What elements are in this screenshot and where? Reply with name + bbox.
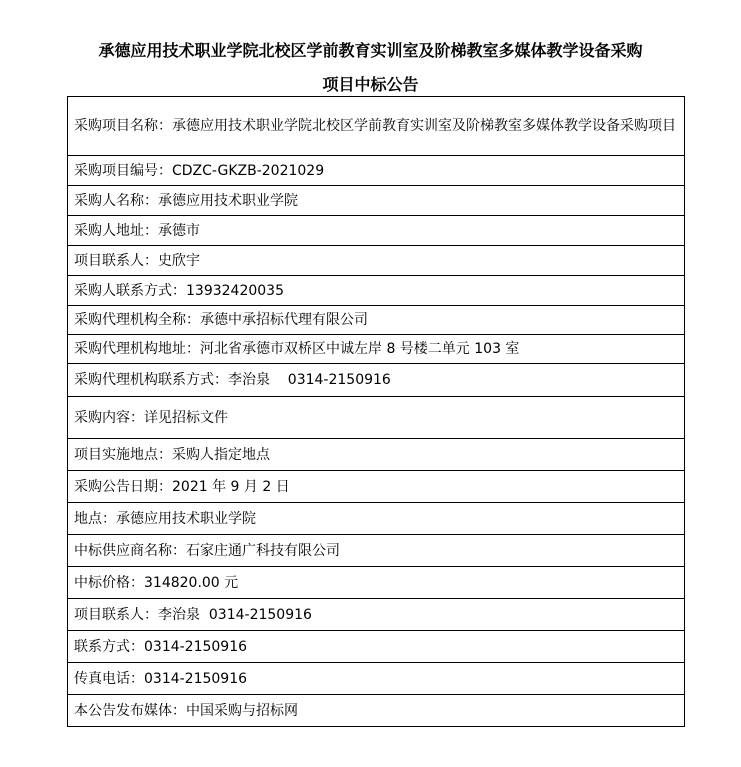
table-cell: 采购项目编号：CDZC-GKZB-2021029	[68, 156, 685, 186]
table-row: 采购项目编号：CDZC-GKZB-2021029	[68, 156, 685, 186]
table-row: 采购代理机构全称：承德中承招标代理有限公司	[68, 306, 685, 335]
table-row: 中标供应商名称：石家庄通广科技有限公司	[68, 535, 685, 567]
table-row: 采购代理机构地址：河北省承德市双桥区中诚左岸 8 号楼二单元 103 室	[68, 335, 685, 364]
field-label: 项目联系人：	[74, 253, 158, 269]
table-row: 地点：承德应用技术职业学院	[68, 503, 685, 535]
table-row: 采购人联系方式：13932420035	[68, 276, 685, 306]
field-value: 13932420035	[186, 283, 284, 299]
table-cell: 采购代理机构地址：河北省承德市双桥区中诚左岸 8 号楼二单元 103 室	[68, 335, 685, 364]
field-label: 采购公告日期：	[74, 479, 172, 495]
table-row: 采购人地址：承德市	[68, 216, 685, 246]
field-label: 采购项目编号：	[74, 163, 172, 179]
field-label: 地点：	[74, 511, 116, 527]
field-value: 0314-2150916	[144, 639, 247, 655]
field-label: 本公告发布媒体：	[74, 703, 186, 719]
table-cell: 采购代理机构联系方式：李治泉 0314-2150916	[68, 364, 685, 397]
field-value: 承德应用技术职业学院	[158, 193, 298, 209]
field-label: 项目实施地点：	[74, 447, 172, 463]
table-cell: 中标供应商名称：石家庄通广科技有限公司	[68, 535, 685, 567]
table-cell: 传真电话：0314-2150916	[68, 663, 685, 695]
table-cell: 地点：承德应用技术职业学院	[68, 503, 685, 535]
field-value: 2021 年 9 月 2 日	[172, 479, 290, 495]
field-label: 中标价格：	[74, 575, 144, 591]
field-value: 史欣宇	[158, 253, 200, 269]
field-label: 采购人地址：	[74, 223, 158, 239]
table-cell: 采购人名称：承德应用技术职业学院	[68, 186, 685, 216]
table-row: 采购代理机构联系方式：李治泉 0314-2150916	[68, 364, 685, 397]
field-label: 联系方式：	[74, 639, 144, 655]
field-value: 河北省承德市双桥区中诚左岸 8 号楼二单元 103 室	[200, 341, 519, 357]
table-cell: 项目实施地点：采购人指定地点	[68, 439, 685, 471]
table-cell: 本公告发布媒体：中国采购与招标网	[68, 695, 685, 727]
field-label: 采购人名称：	[74, 193, 158, 209]
table-row: 中标价格：314820.00 元	[68, 567, 685, 599]
table-cell: 采购内容：详见招标文件	[68, 397, 685, 439]
table-cell: 项目联系人：李治泉 0314-2150916	[68, 599, 685, 631]
table-row: 项目联系人：李治泉 0314-2150916	[68, 599, 685, 631]
field-value: 0314-2150916	[144, 671, 247, 687]
field-label: 项目联系人：	[74, 607, 158, 623]
field-value: CDZC-GKZB-2021029	[172, 163, 324, 179]
field-label: 传真电话：	[74, 671, 144, 687]
field-value: 石家庄通广科技有限公司	[186, 543, 340, 559]
table-row: 项目实施地点：采购人指定地点	[68, 439, 685, 471]
table-row: 项目联系人：史欣宇	[68, 246, 685, 276]
field-label: 采购内容：	[74, 410, 144, 426]
table-cell: 采购代理机构全称：承德中承招标代理有限公司	[68, 306, 685, 335]
table-cell: 采购人地址：承德市	[68, 216, 685, 246]
table-cell: 项目联系人：史欣宇	[68, 246, 685, 276]
field-value: 中国采购与招标网	[186, 703, 298, 719]
table-row: 传真电话：0314-2150916	[68, 663, 685, 695]
field-label: 采购代理机构地址：	[74, 341, 200, 357]
table-cell: 采购人联系方式：13932420035	[68, 276, 685, 306]
page-title: 承德应用技术职业学院北校区学前教育实训室及阶梯教室多媒体教学设备采购	[0, 38, 741, 61]
table-cell: 采购公告日期：2021 年 9 月 2 日	[68, 471, 685, 503]
field-value: 承德中承招标代理有限公司	[200, 312, 368, 328]
table-cell: 联系方式：0314-2150916	[68, 631, 685, 663]
table-cell: 中标价格：314820.00 元	[68, 567, 685, 599]
field-label: 采购代理机构联系方式：	[74, 372, 228, 388]
page-subtitle: 项目中标公告	[0, 72, 741, 95]
table-row: 采购人名称：承德应用技术职业学院	[68, 186, 685, 216]
table-row: 采购内容：详见招标文件	[68, 397, 685, 439]
field-value: 详见招标文件	[144, 410, 228, 426]
field-label: 采购人联系方式：	[74, 283, 186, 299]
field-value: 承德应用技术职业学院	[116, 511, 256, 527]
table-row: 采购公告日期：2021 年 9 月 2 日	[68, 471, 685, 503]
field-value: 李治泉 0314-2150916	[158, 607, 312, 623]
announcement-table: 采购项目名称：承德应用技术职业学院北校区学前教育实训室及阶梯教室多媒体教学设备采…	[67, 96, 685, 727]
field-value: 采购人指定地点	[172, 447, 270, 463]
field-label: 中标供应商名称：	[74, 543, 186, 559]
table-row: 采购项目名称：承德应用技术职业学院北校区学前教育实训室及阶梯教室多媒体教学设备采…	[68, 97, 685, 156]
field-value: 314820.00 元	[144, 575, 238, 591]
field-label: 采购代理机构全称：	[74, 312, 200, 328]
table-row: 联系方式：0314-2150916	[68, 631, 685, 663]
field-value: 承德市	[158, 223, 200, 239]
field-value: 承德应用技术职业学院北校区学前教育实训室及阶梯教室多媒体教学设备采购项目	[172, 118, 676, 134]
field-value: 李治泉 0314-2150916	[228, 372, 391, 388]
table-cell: 采购项目名称：承德应用技术职业学院北校区学前教育实训室及阶梯教室多媒体教学设备采…	[68, 97, 685, 156]
field-label: 采购项目名称：	[74, 118, 172, 134]
table-row: 本公告发布媒体：中国采购与招标网	[68, 695, 685, 727]
